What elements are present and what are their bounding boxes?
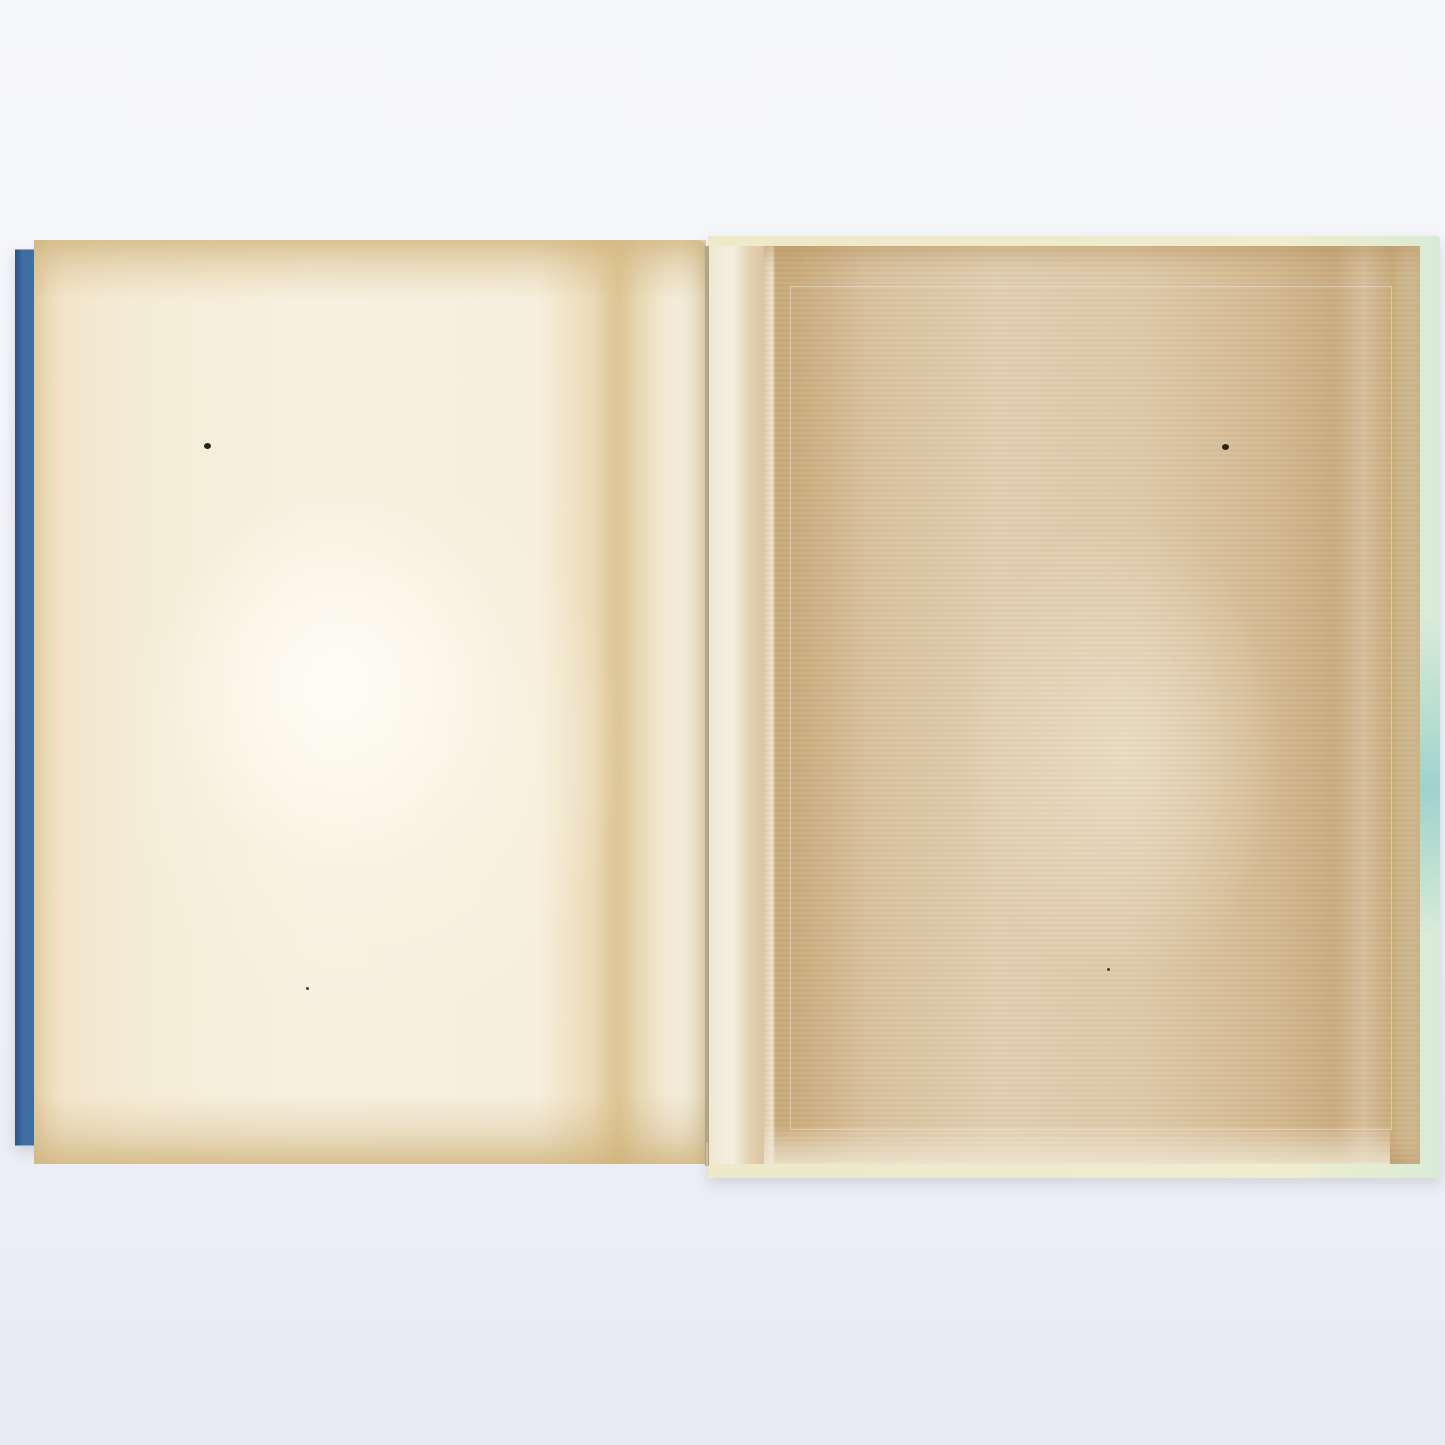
foxing-spot bbox=[306, 987, 309, 990]
right-pastedown-page bbox=[712, 246, 1420, 1164]
photo-scene bbox=[0, 0, 1445, 1445]
cover-edge-tint bbox=[1418, 616, 1440, 936]
gutter-water-stain bbox=[594, 240, 664, 1164]
hinge-strip bbox=[712, 246, 764, 1164]
foxing-spot bbox=[204, 443, 211, 449]
foxing-spot bbox=[1222, 444, 1229, 450]
left-endpaper-page bbox=[34, 240, 706, 1164]
foxing-spot bbox=[1107, 968, 1110, 971]
bottom-water-stain bbox=[34, 1094, 706, 1164]
book-gutter bbox=[705, 246, 709, 1166]
bottom-water-stain bbox=[764, 1124, 1390, 1164]
faint-border-outline bbox=[790, 286, 1392, 1130]
